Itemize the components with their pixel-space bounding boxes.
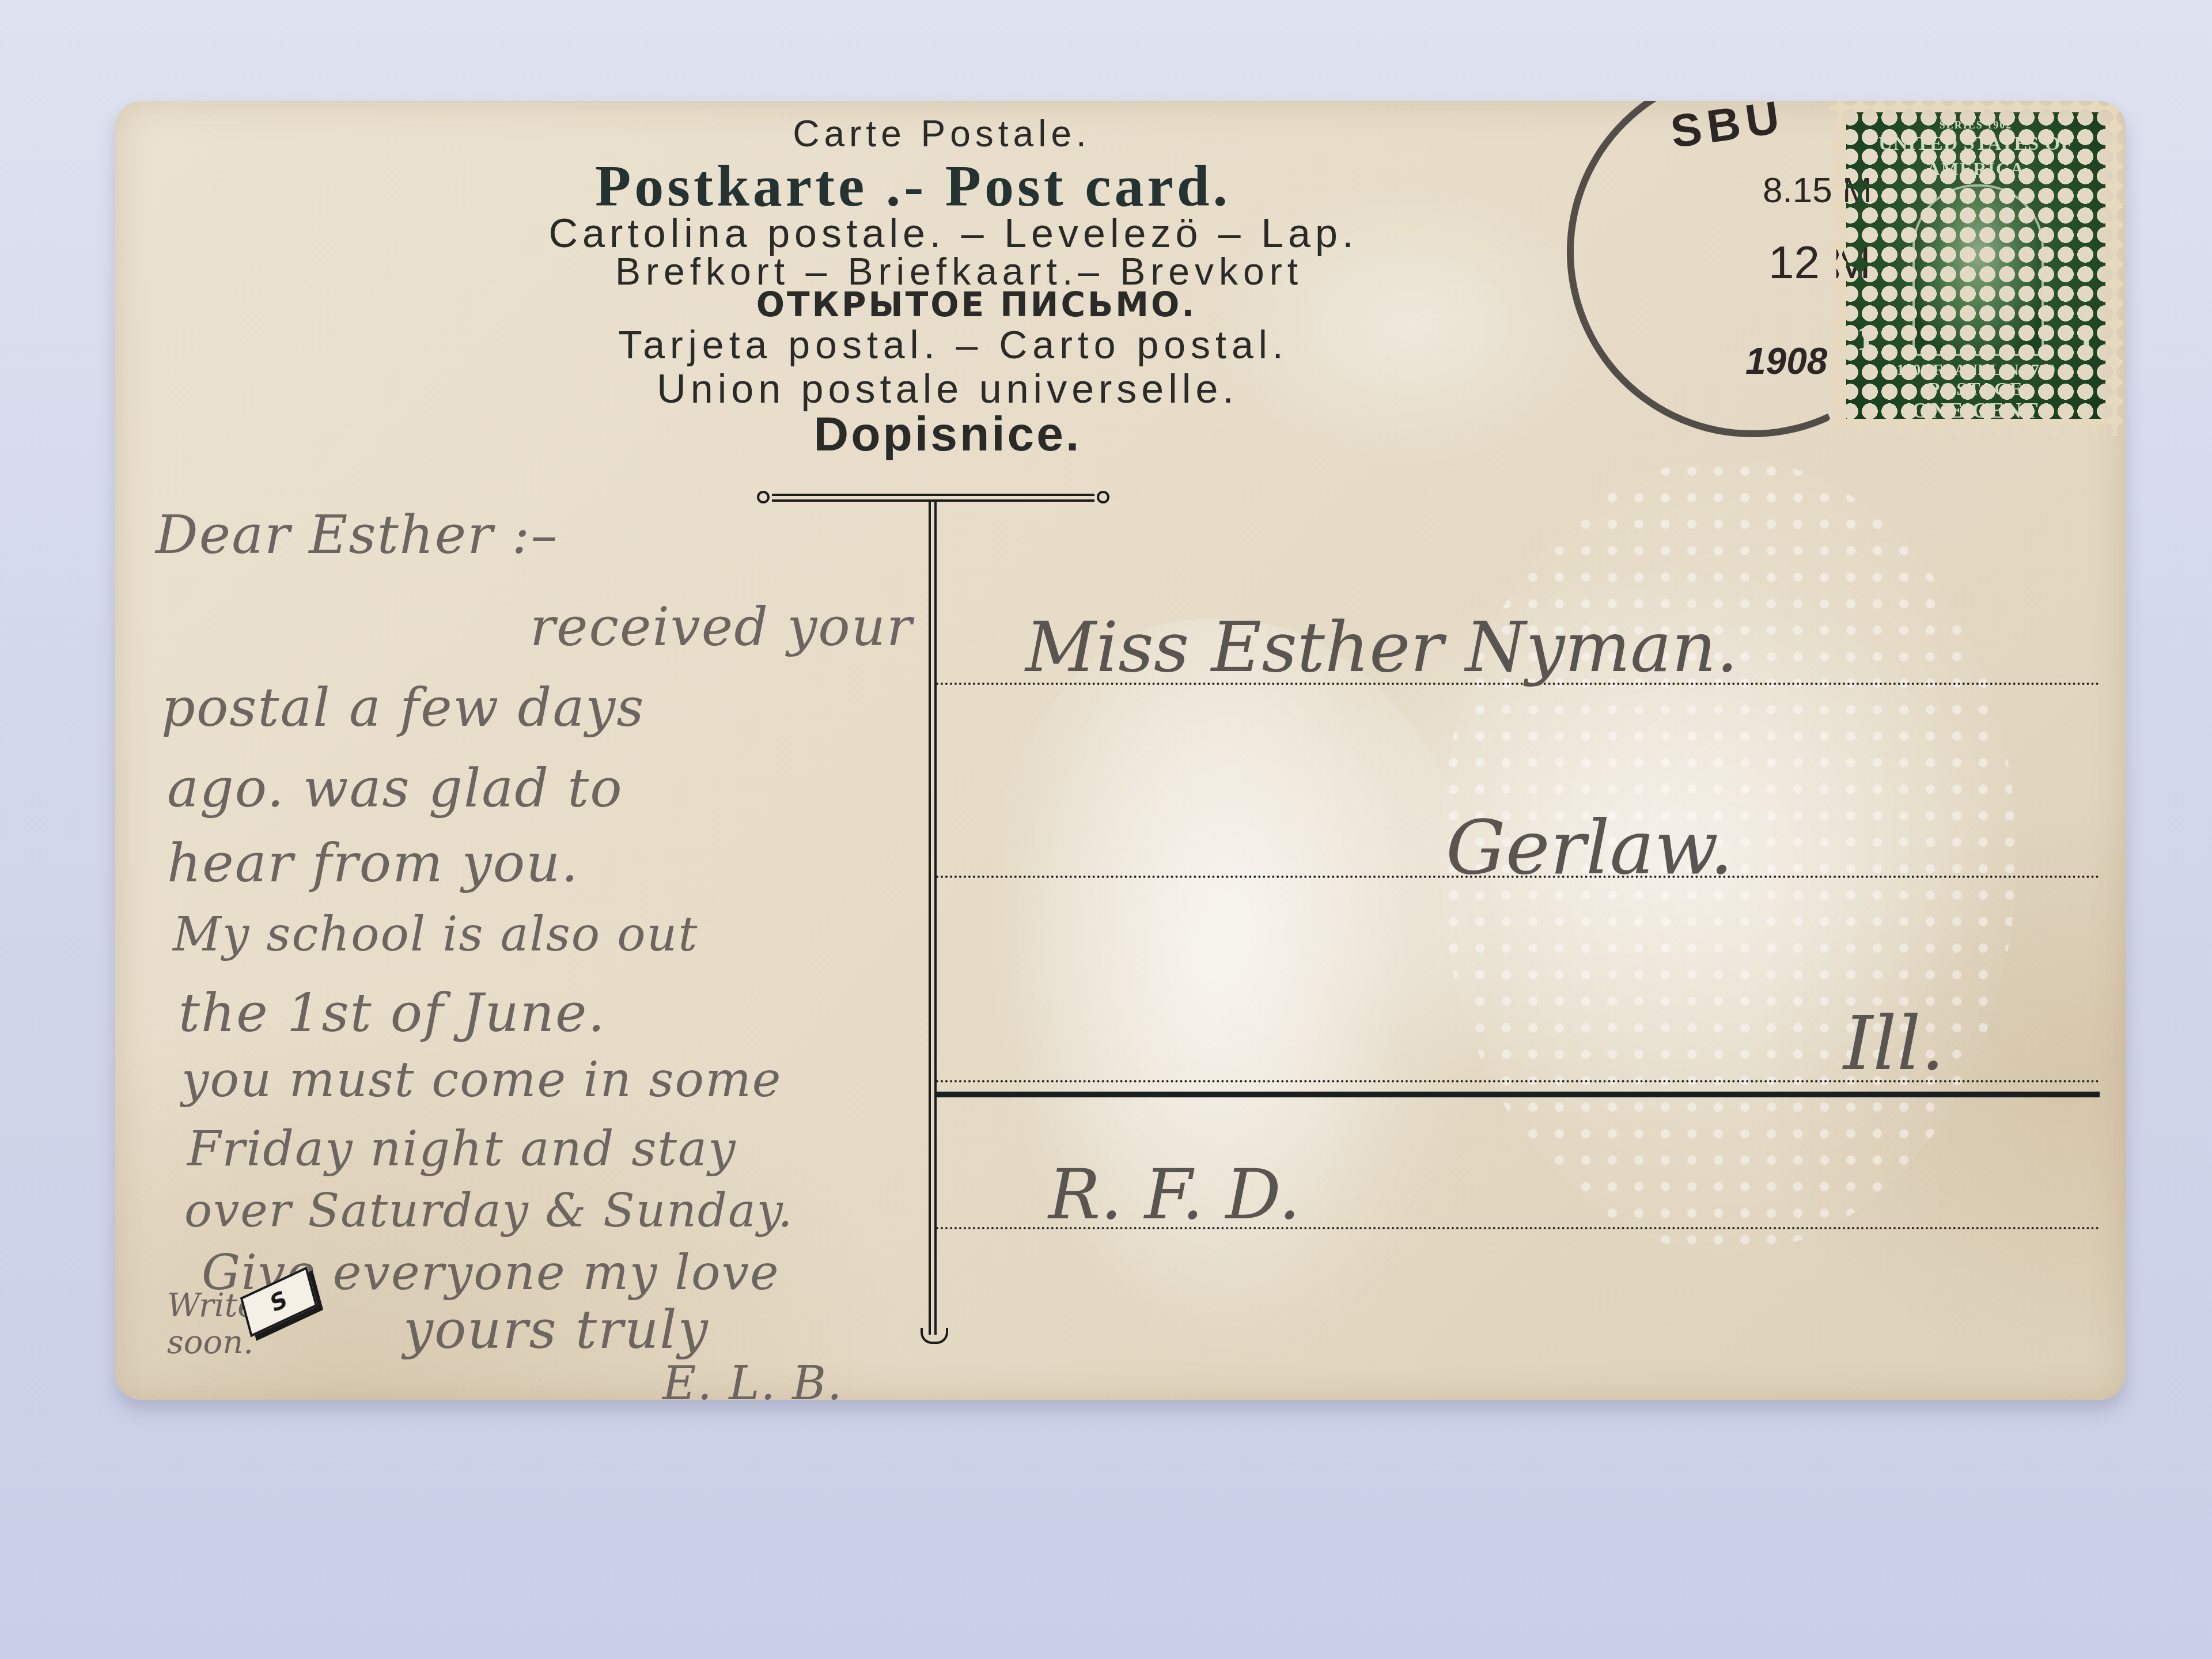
- margin-note: Write soon.: [167, 1287, 236, 1361]
- message-line: over Saturday & Sunday.: [184, 1184, 794, 1237]
- divider-vertical: [929, 499, 937, 1335]
- stamp-name-line: 1706 FRANKLIN 1790: [1846, 361, 2105, 380]
- message-line: hear from you.: [167, 832, 579, 894]
- embossed-figure-decoration: [979, 619, 1498, 1368]
- message-signature: E. L. B.: [662, 1357, 843, 1400]
- divider-scroll-foot: [921, 1328, 948, 1344]
- message-line: Dear Esther :–: [156, 504, 559, 566]
- stamp-numeral-left: 1: [1857, 317, 1875, 359]
- message-line: Friday night and stay: [187, 1120, 737, 1177]
- address-state: Ill.: [1843, 999, 1945, 1087]
- message-line: the 1st of June.: [179, 982, 606, 1044]
- postmark-year: 1908: [1745, 340, 1827, 382]
- stamp-denomination: ONE CENT: [1846, 398, 2105, 423]
- stamp-postage-label: POSTAGE: [1846, 378, 2105, 400]
- message-closing: yours truly: [403, 1299, 709, 1361]
- message-line: you must come in some: [181, 1051, 782, 1108]
- message-line: My school is also out: [173, 907, 698, 962]
- stamp-series: SERIES 1902: [1846, 119, 2105, 131]
- message-line: postal a few days: [161, 677, 645, 738]
- address-town: Gerlaw.: [1446, 804, 1733, 891]
- stamp-country-line1: UNITED STATES OF: [1846, 133, 2105, 155]
- address-name: Miss Esther Nyman.: [1025, 608, 1738, 688]
- address-line-heavy: [936, 1092, 2100, 1097]
- message-line: ago. was glad to: [167, 757, 623, 819]
- stamp-country-line2: AMERICA: [1846, 158, 2105, 180]
- postage-stamp: SERIES 1902 UNITED STATES OF AMERICA 1 1…: [1829, 101, 2123, 436]
- franklin-portrait-icon: [1912, 184, 2044, 356]
- stamp-numeral-right: 1: [2077, 317, 2095, 359]
- message-line: received your: [530, 596, 913, 658]
- address-route: R. F. D.: [1048, 1155, 1301, 1235]
- postcard-back: Carte Postale. Postkarte .- Post card. C…: [115, 101, 2126, 1400]
